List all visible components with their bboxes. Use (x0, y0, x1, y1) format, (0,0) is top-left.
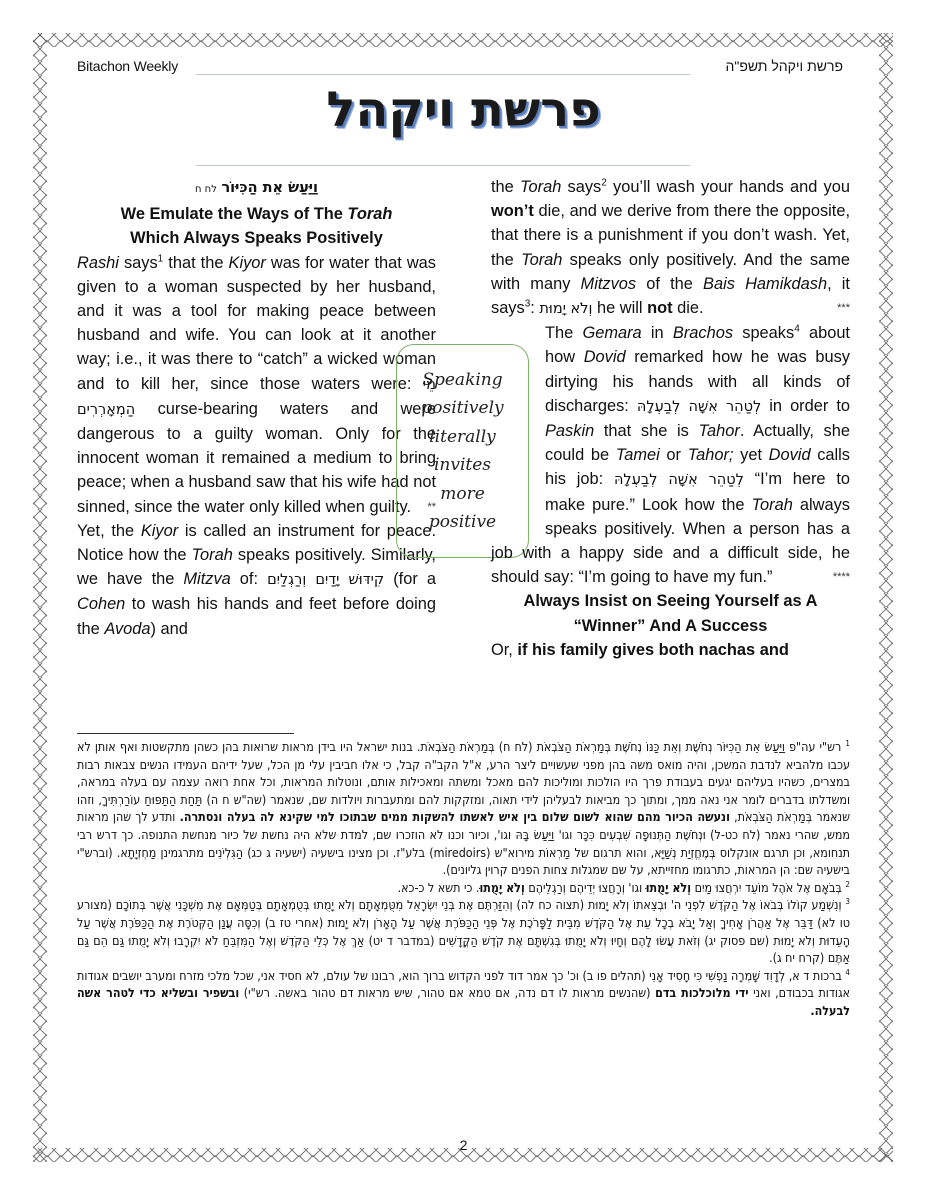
text: in (642, 324, 673, 342)
title-rule (196, 165, 690, 166)
text: of: (231, 570, 267, 588)
verse-text: וַיַּעַשׂ אֵת הַכִּיּוֹר (221, 180, 318, 196)
footnote-text: וְנִשְׁמַע קוֹלוֹ בְּבֹאוֹ אֶל הַקֹּדֶשׁ… (77, 897, 850, 965)
term-tamei: Tamei (616, 446, 660, 464)
paragraph-dovid: The Gemara in Brachos speaks4 about how … (491, 321, 850, 589)
text: he will (592, 299, 647, 317)
section-heading-winner: Always Insist on Seeing Yourself as A “W… (491, 589, 850, 637)
emphasis-text: if his family gives both nachas and (517, 641, 788, 659)
verse-heading: וַיַּעַשׂ אֵת הַכִּיּוֹר לח ח (77, 175, 436, 202)
footnote-bold: וְלֹא יָמֻתוּ (646, 880, 691, 895)
text: Yet, the (77, 522, 141, 540)
parsha-year-label: פרשת ויקהל תשפ"ה (725, 58, 843, 74)
term-torah: Torah (521, 251, 562, 269)
publication-name: Bitachon Weekly (77, 58, 178, 74)
term-torah: Torah (520, 178, 561, 196)
term-kiyor: Kiyor (229, 254, 266, 272)
text: says (119, 254, 158, 272)
text: Or, (491, 641, 517, 659)
term-tahor: Tahor (699, 422, 740, 440)
hebrew-phrase: לְטַהֵר אִשָּׁה לְבַעְלָהּ (614, 472, 744, 488)
text: : (530, 299, 539, 317)
footnote-number: 2 (845, 880, 850, 889)
verse-ref: לח ח (195, 184, 217, 195)
paragraph-rashi: Rashi says1 that the Kiyor was for water… (77, 251, 436, 519)
text: you’ll wash your hands and you (607, 178, 850, 196)
text: The (545, 324, 582, 342)
footnote-text: . כי תשא ל כ-כא. (398, 880, 480, 895)
footnote-1: 1 רש"י עה"פ וַיַּעַשׂ אֵת הַכִּיּוֹר נְח… (77, 738, 850, 879)
text: speaks (733, 324, 794, 342)
pullquote-spacer (491, 321, 545, 537)
article-right-column: the Torah says2 you’ll wash your hands a… (491, 175, 850, 662)
page-title: פרשת ויקהל (0, 82, 927, 138)
text: ) and (151, 620, 188, 638)
text: says (561, 178, 601, 196)
text: of the (636, 275, 703, 293)
footnote-bold: וְלֹא יָמֻתוּ (479, 880, 524, 895)
text: that the (163, 254, 228, 272)
footnote-2: 2 בְּבֹאָם אֶל אֹהֶל מוֹעֵד יִרְחֲצוּ מַ… (77, 879, 850, 897)
term-cohen: Cohen (77, 595, 125, 613)
term-torah: Torah (192, 546, 233, 564)
footnote-3: 3 וְנִשְׁמַע קוֹלוֹ בְּבֹאוֹ אֶל הַקֹּדֶ… (77, 896, 850, 966)
footnote-number: 3 (845, 897, 850, 906)
term-rashi: Rashi (77, 254, 119, 272)
heading-line1: We Emulate the Ways of The (121, 205, 348, 223)
text: in order to (761, 397, 850, 415)
pull-quote-line: positive (429, 508, 496, 537)
paragraph-nachas: Or, if his family gives both nachas and (491, 638, 850, 662)
footnote-4: 4 ברכות ד א, לְדָוִד שָׁמְרָה נַפְשִׁי כ… (77, 967, 850, 1020)
border-left-chain (33, 33, 47, 1162)
footnote-number: 1 (845, 739, 850, 748)
heading-line2: Which Always Speaks Positively (130, 229, 383, 247)
article-heading: We Emulate the Ways of The Torah Which A… (77, 202, 436, 250)
pull-quote-line: literally (429, 423, 496, 452)
footnote-number: 4 (845, 968, 850, 977)
footnote-bold: ונעשה הכיור מהם שהוא לשום שלום בין איש ל… (180, 809, 730, 824)
emphasis-not: not (647, 299, 672, 317)
paragraph-kiyor-peace: Yet, the Kiyor is called an instrument f… (77, 519, 436, 641)
term-mitzvos: Mitzvos (581, 275, 637, 293)
heading-line1: Always Insist on Seeing Yourself as A (524, 592, 818, 610)
header-rule (196, 74, 690, 75)
pull-quote-line: more (440, 480, 485, 509)
term-bais-hamikdash: Bais Hamikdash (703, 275, 827, 293)
hebrew-phrase: וְלֹא יָמוּת (539, 301, 592, 317)
term-avoda: Avoda (104, 620, 150, 638)
term-paskin: Paskin (545, 422, 594, 440)
heading-line2: “Winner” And A Success (574, 617, 768, 635)
term-gemara: Gemara (582, 324, 641, 342)
term-torah: Torah (752, 496, 793, 514)
term-kiyor: Kiyor (141, 522, 178, 540)
footnote-text: וגו' וְרָחֲצוּ יְדֵיהֶם וְרַגְלֵיהֶם (525, 880, 646, 895)
term-dovid: Dovid (769, 446, 811, 464)
footnote-text: בְּבֹאָם אֶל אֹהֶל מוֹעֵד יִרְחֲצוּ מַיִ… (691, 880, 842, 895)
text: or (660, 446, 688, 464)
footnote-bold: ידי מלוכלכות בדם (655, 985, 748, 1000)
text: yet (734, 446, 769, 464)
hebrew-phrase: קִידּוּשׁ יָדַיִם וְרַגְלַיִם (267, 572, 384, 588)
term-tahor: Tahor; (688, 446, 734, 464)
border-top-chain (33, 33, 893, 47)
text: was for water that was given to a woman … (77, 254, 436, 393)
term-mitzva: Mitzva (183, 570, 230, 588)
footnote-text: (שהנשים מראות לו דם נדה, אם טמא אם טהור,… (239, 985, 655, 1000)
text: that she is (594, 422, 698, 440)
emphasis-wont: won’t (491, 202, 534, 220)
page-number: 2 (0, 1137, 927, 1153)
heading-torah-italic: Torah (347, 205, 392, 223)
text: (for a (384, 570, 436, 588)
footnote-separator (77, 733, 294, 734)
border-right-chain (879, 33, 893, 1162)
text: the (491, 178, 520, 196)
term-brachos: Brachos (673, 324, 733, 342)
footnotes: 1 רש"י עה"פ וַיַּעַשׂ אֵת הַכִּיּוֹר נְח… (77, 738, 850, 1020)
term-dovid: Dovid (584, 348, 626, 366)
text: die. (673, 299, 704, 317)
hebrew-phrase: לְטַהֵר אִשָּׁה לְבַעְלָהּ (637, 399, 761, 415)
pull-quote-line: invites (434, 451, 491, 480)
paragraph-wash-hands: the Torah says2 you’ll wash your hands a… (491, 175, 850, 321)
section-separator: **** (833, 565, 850, 589)
article-left-column: וַיַּעַשׂ אֵת הַכִּיּוֹר לח ח We Emulate… (77, 175, 436, 641)
section-separator: *** (837, 296, 850, 320)
